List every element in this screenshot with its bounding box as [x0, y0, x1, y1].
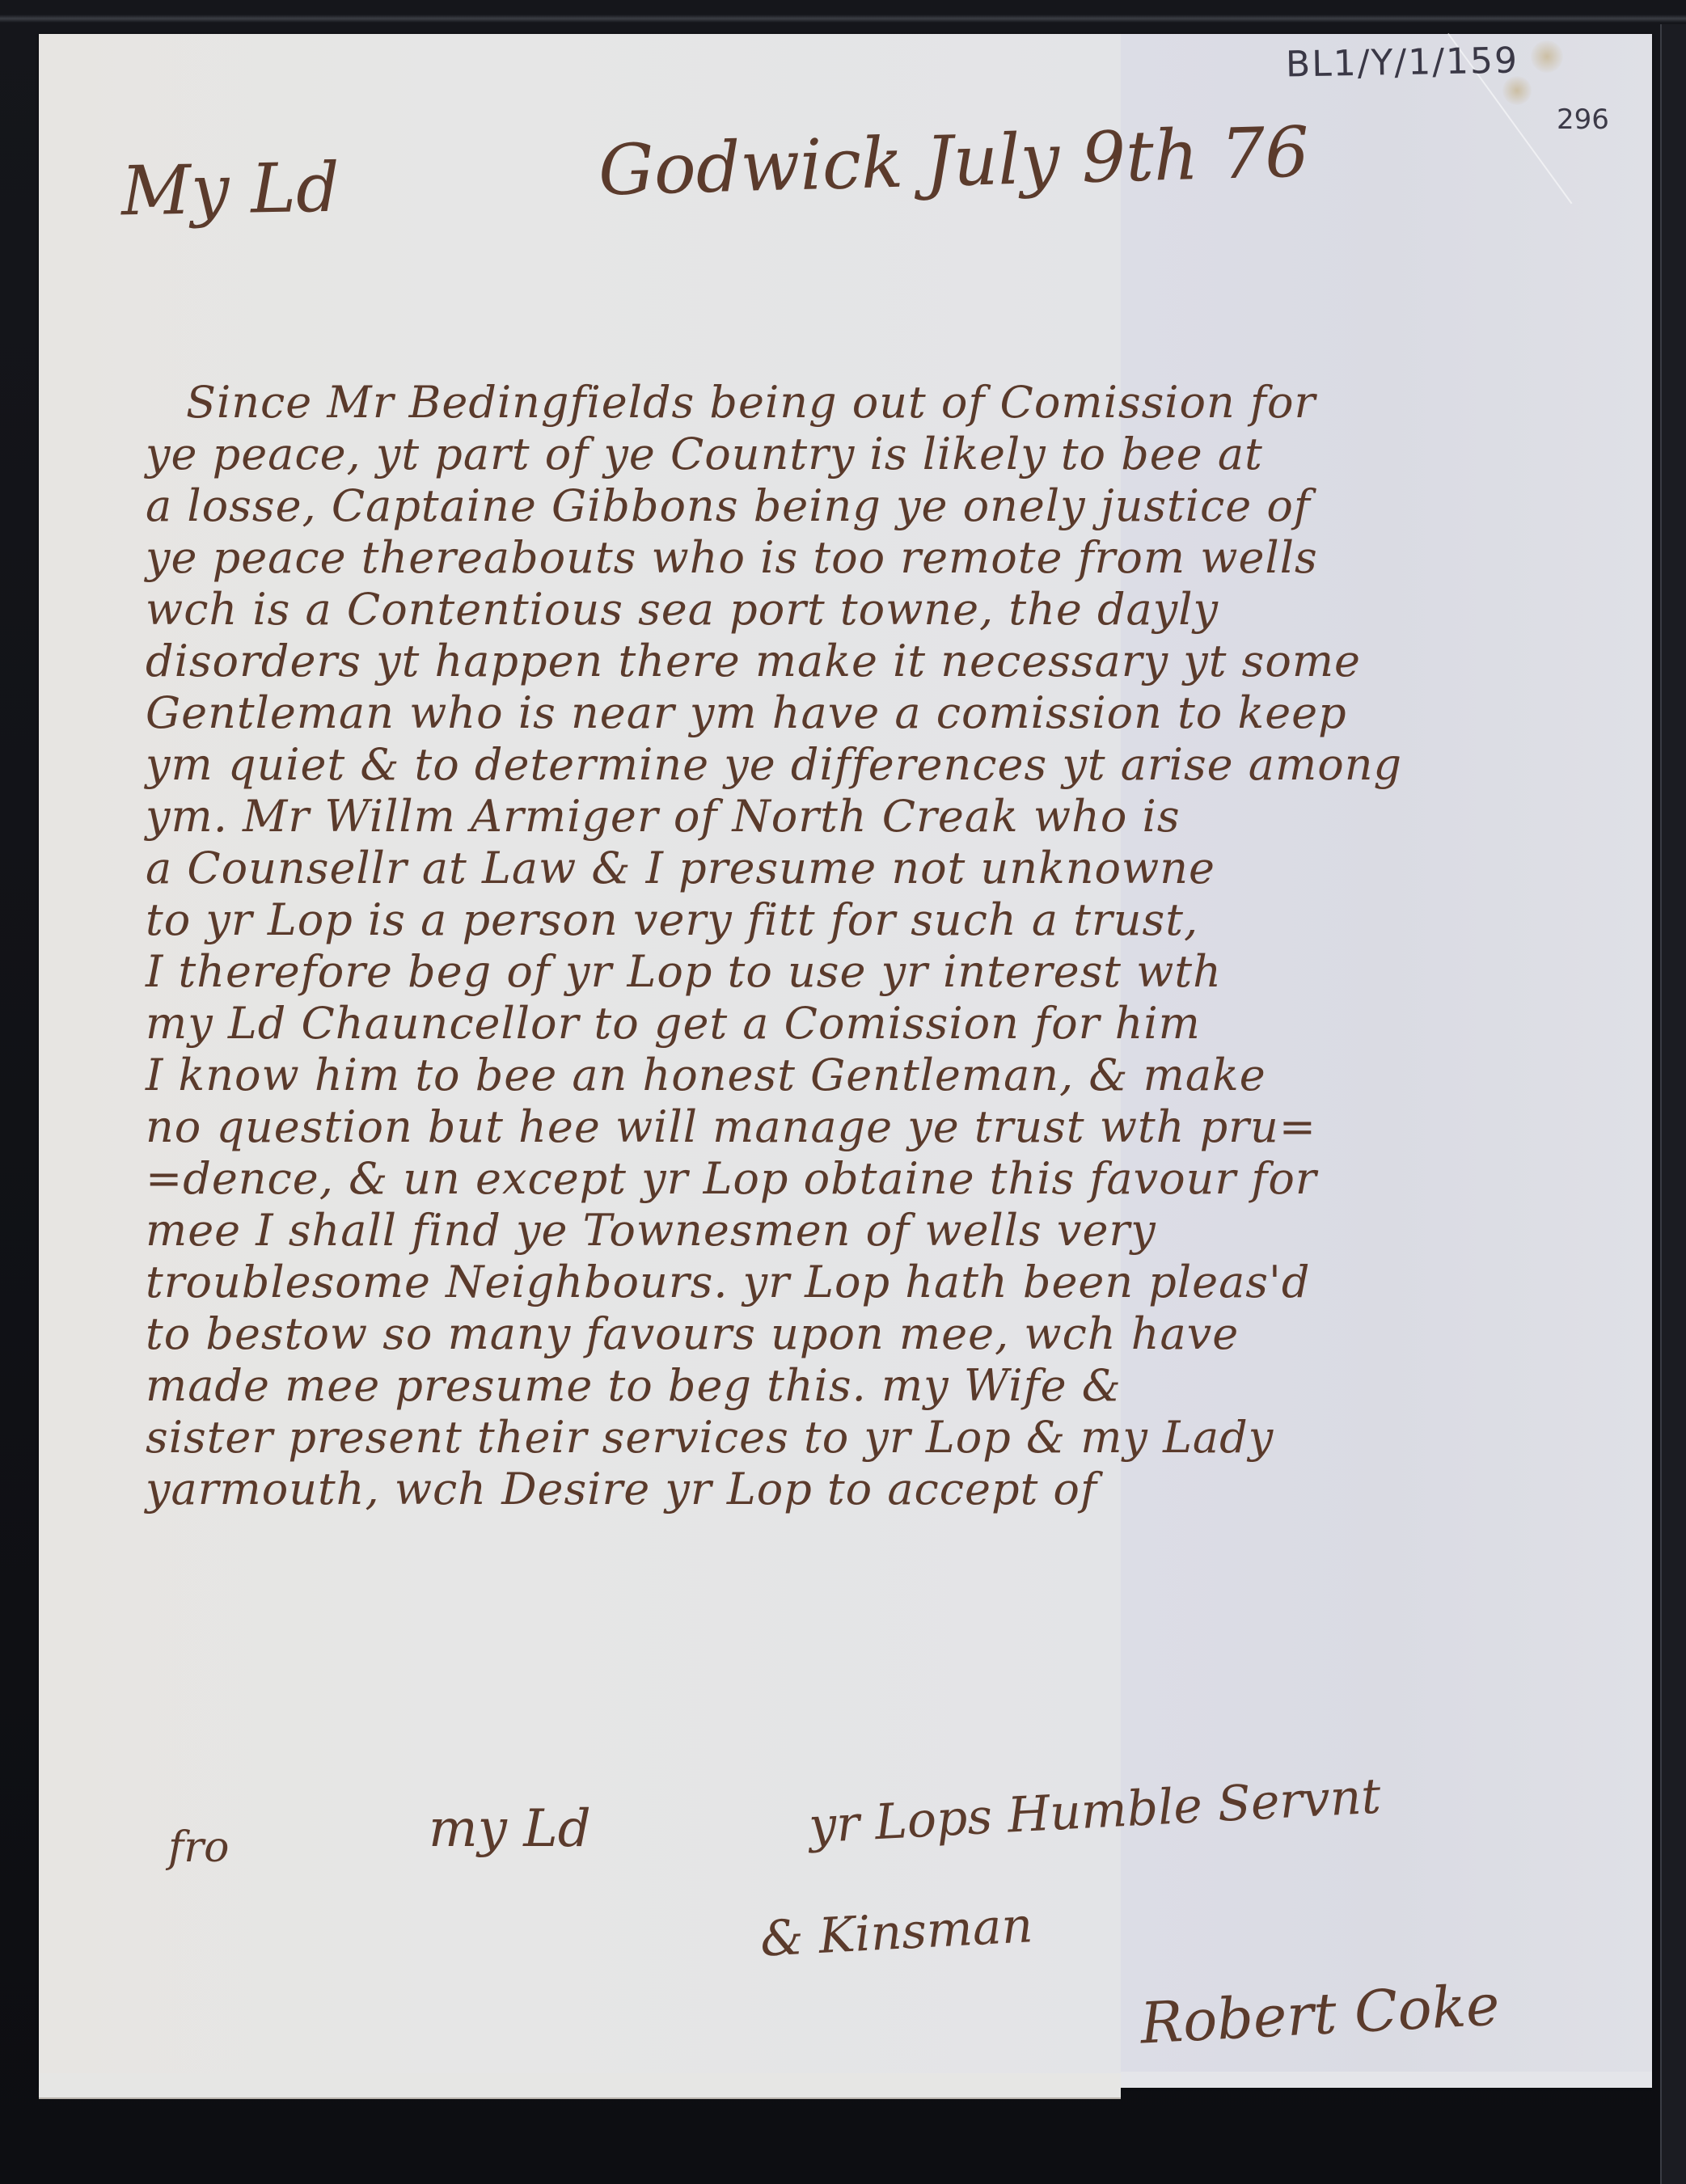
body-line: yarmouth, wch Desire yr Lop to accept of [146, 1467, 1633, 1512]
archive-reference: BL1/Y/1/159 [1286, 40, 1519, 85]
body-line: I therefore beg of yr Lop to use yr inte… [146, 949, 1633, 995]
body-line: a Counsellr at Law & I presume not unkno… [146, 846, 1633, 891]
body-line: to bestow so many favours upon mee, wch … [146, 1312, 1633, 1357]
letter-body: Since Mr Bedingfields being out of Comis… [146, 380, 1633, 1376]
closing-from: fro [168, 1823, 229, 1872]
body-line: Since Mr Bedingfields being out of Comis… [186, 380, 1674, 425]
mount-edge-highlight [0, 15, 1686, 23]
foxing-stain [1531, 40, 1563, 73]
body-line: wch is a Contentious sea port towne, the… [146, 587, 1633, 632]
body-line: ym. Mr Willm Armiger of North Creak who … [146, 794, 1633, 839]
body-line: I know him to bee an honest Gentleman, &… [146, 1053, 1633, 1098]
body-line: ye peace, yt part of ye Country is likel… [146, 432, 1633, 477]
body-line: troublesome Neighbours. yr Lop hath been… [146, 1260, 1633, 1305]
body-line: mee I shall find ye Townesmen of wells v… [146, 1208, 1633, 1253]
salutation: My Ld [120, 148, 340, 231]
body-line: no question but hee will manage ye trust… [146, 1105, 1633, 1150]
mount-right-border [1660, 24, 1686, 2184]
closing-my-lord: my Ld [429, 1799, 591, 1859]
body-line: ye peace thereabouts who is too remote f… [146, 535, 1633, 581]
date: July 9th 76 [924, 112, 1310, 203]
body-line: sister present their services to yr Lop … [146, 1415, 1633, 1460]
body-line: disorders yt happen there make it necess… [146, 639, 1633, 684]
folio-number: 296 [1557, 103, 1609, 136]
body-line: to yr Lop is a person very fitt for such… [146, 898, 1633, 943]
paper-bottom-edge [39, 2073, 1121, 2099]
body-line: =dence, & un except yr Lop obtaine this … [146, 1156, 1633, 1202]
body-line: my Ld Chauncellor to get a Comission for… [146, 1001, 1633, 1046]
place: Godwick [598, 123, 904, 212]
body-line: made mee presume to beg this. my Wife & [146, 1363, 1633, 1409]
body-line: Gentleman who is near ym have a comissio… [146, 691, 1633, 736]
body-line: ym quiet & to determine ye differences y… [146, 742, 1633, 788]
body-line: a losse, Captaine Gibbons being ye onely… [146, 484, 1633, 529]
